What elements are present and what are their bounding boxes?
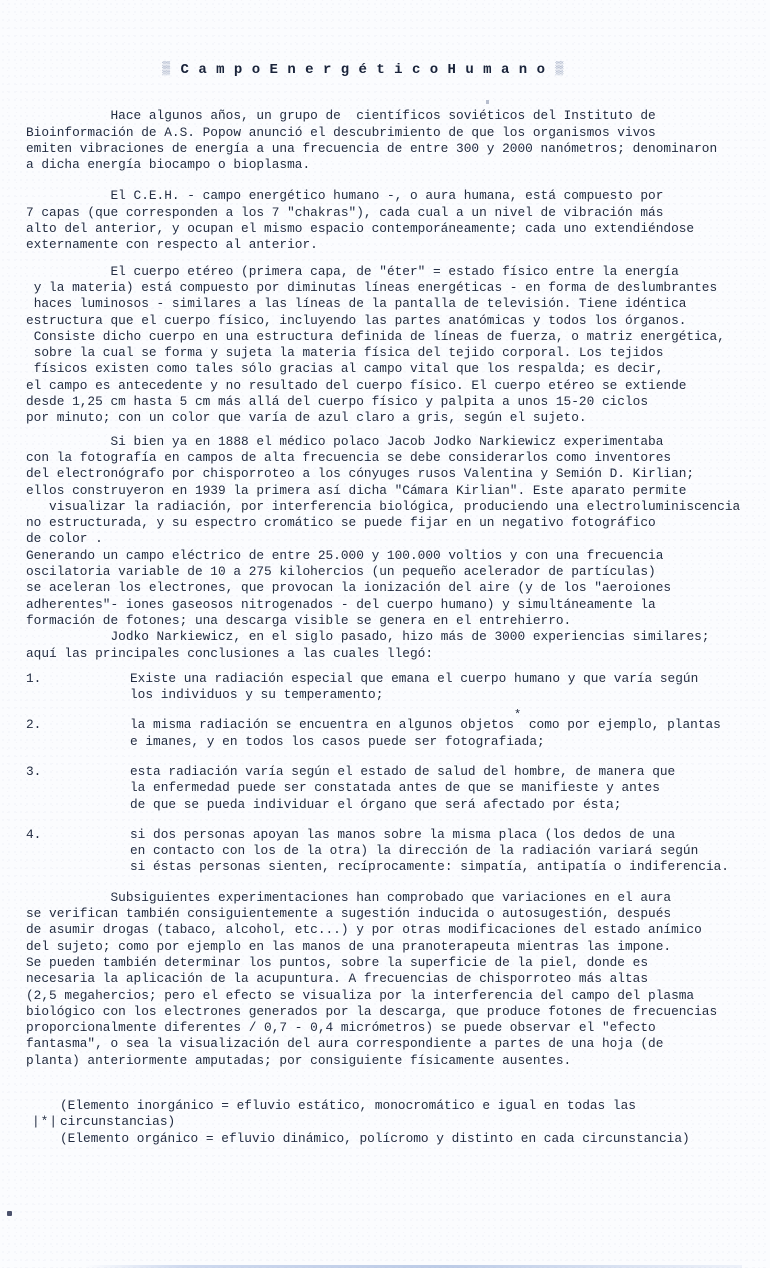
list-item-text: Existe una radiación especial que emana …: [130, 671, 698, 704]
list-item-text: la misma radiación se encuentra en algun…: [130, 717, 721, 750]
list-item-text-before: la misma radiación se encuentra en algun…: [130, 717, 514, 732]
page-title-text: C a m p o E n e r g é t i c o H u m a n …: [181, 62, 546, 78]
footnote-asterisk: *: [514, 708, 521, 722]
list-item-text: si dos personas apoyan las manos sobre l…: [130, 827, 729, 876]
footnote-text: (Elemento inorgánico = efluvio estático,…: [60, 1098, 756, 1147]
paragraph-ceh: El C.E.H. - campo energético humano -, o…: [26, 188, 756, 253]
conclusion-item-1: 1.Existe una radiación especial que eman…: [26, 671, 756, 704]
footnote: |*|(Elemento inorgánico = efluvio estáti…: [26, 1098, 756, 1147]
list-number: 2.: [26, 717, 130, 750]
conclusion-item-4: 4.si dos personas apoyan las manos sobre…: [26, 827, 756, 876]
paragraph-closing: Subsiguientes experimentaciones han comp…: [26, 890, 756, 1069]
scan-dot: [486, 100, 489, 104]
list-number: 1.: [26, 671, 130, 704]
footnote-marker: |*|: [32, 1114, 60, 1130]
halftone-block-icon: ▒: [555, 61, 563, 76]
conclusion-item-2: 2.la misma radiación se encuentra en alg…: [26, 717, 756, 750]
list-number: 3.: [26, 764, 130, 813]
scan-speck: [7, 1211, 12, 1216]
halftone-block-icon: ▒: [162, 61, 170, 76]
list-number: 4.: [26, 827, 130, 876]
paragraph-etheric-body: El cuerpo etéreo (primera capa, de "éter…: [26, 264, 756, 427]
scanned-document-page: ▒C a m p o E n e r g é t i c o H u m a n…: [0, 0, 770, 1268]
page-title: ▒C a m p o E n e r g é t i c o H u m a n…: [26, 62, 756, 78]
list-item-text: esta radiación varía según el estado de …: [130, 764, 675, 813]
paragraph-intro: Hace algunos años, un grupo de científic…: [26, 108, 756, 173]
paragraph-kirlian: Si bien ya en 1888 el médico polaco Jaco…: [26, 434, 756, 662]
conclusion-item-3: 3.esta radiación varía según el estado d…: [26, 764, 756, 813]
